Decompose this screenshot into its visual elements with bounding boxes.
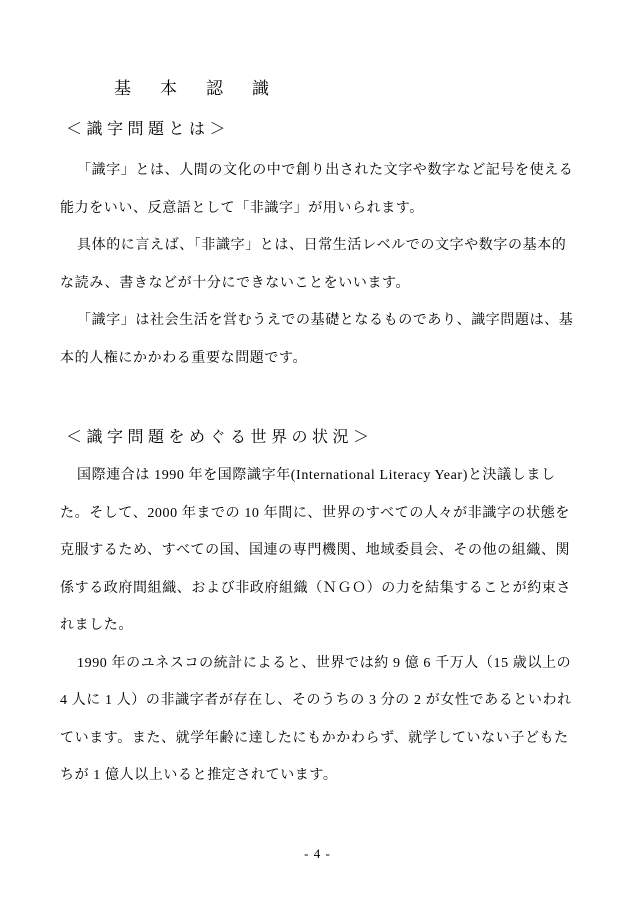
section-body-literacy-definition: 「識字」とは、人間の文化の中で創り出された文字や数字など記号を使える 能力をいい… <box>60 152 585 377</box>
text-line: た。そして、2000 年までの 10 年間に、世界のすべての人々が非識字の状態を <box>60 495 585 533</box>
text-line: な読み、書きなどが十分にできないことをいいます。 <box>60 265 585 303</box>
text-line: 能力をいい、反意語として「非識字」が用いられます。 <box>60 190 585 228</box>
text-line: 克服するため、すべての国、国連の専門機関、地域委員会、その他の組織、関 <box>60 532 585 570</box>
text-line: ちが 1 億人以上いると推定されています。 <box>60 757 585 795</box>
text-line: 4 人に 1 人）の非識字者が存在し、そのうちの 3 分の 2 が女性であるとい… <box>60 682 585 720</box>
text-line: 具体的に言えば、「非識字」とは、日常生活レベルでの文字や数字の基本的 <box>60 227 585 265</box>
text-line: 国際連合は 1990 年を国際識字年(International Literac… <box>60 457 585 495</box>
section-heading-literacy-definition: ＜識字問題とは＞ <box>66 116 230 139</box>
text-line: ています。また、就学年齢に達したにもかかわらず、就学していない子どもた <box>60 720 585 758</box>
text-line: れました。 <box>60 607 585 645</box>
page-number: - 4 - <box>0 846 635 862</box>
document-page: 基 本 認 識 ＜識字問題とは＞ 「識字」とは、人間の文化の中で創り出された文字… <box>0 0 635 898</box>
text-line: 1990 年のユネスコの統計によると、世界では約 9 億 6 千万人（15 歳以… <box>60 645 585 683</box>
text-line: 「識字」は社会生活を営むうえでの基礎となるものであり、識字問題は、基 <box>60 302 585 340</box>
text-line: 係する政府間組織、および非政府組織（ＮＧＯ）の力を結集することが約束さ <box>60 570 585 608</box>
section-heading-world-situation: ＜識字問題をめぐる世界の状況＞ <box>66 424 374 447</box>
page-title: 基 本 認 識 <box>114 74 275 99</box>
text-line: 本的人権にかかわる重要な問題です。 <box>60 340 585 378</box>
section-body-world-situation: 国際連合は 1990 年を国際識字年(International Literac… <box>60 457 585 795</box>
text-line: 「識字」とは、人間の文化の中で創り出された文字や数字など記号を使える <box>60 152 585 190</box>
